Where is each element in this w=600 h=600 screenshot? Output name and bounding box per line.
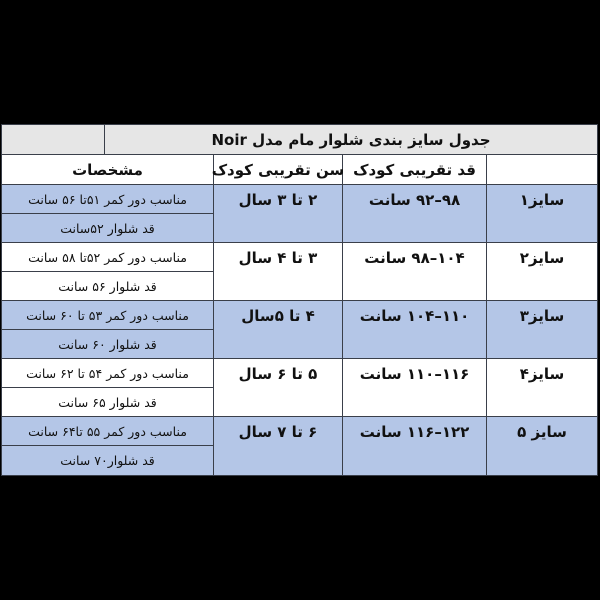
spec-waist-cell: مناسب دور کمر ۵۵ تا۶۴ سانت: [1, 417, 214, 446]
spec-length-cell: قد شلوار ۶۵ سانت: [1, 388, 214, 417]
spec-length-cell: قد شلوار ۵۶ سانت: [1, 272, 214, 301]
size-cell: سایز۳: [487, 301, 598, 359]
spec-waist-cell: مناسب دور کمر ۵۲تا ۵۸ سانت: [1, 243, 214, 272]
spec-waist-cell: مناسب دور کمر ۵۳ تا ۶۰ سانت: [1, 301, 214, 330]
spec-length-cell: قد شلوار ۶۰ سانت: [1, 330, 214, 359]
size-text: سایز۴: [520, 365, 565, 383]
size-cell: سایز ۵: [487, 417, 598, 476]
age-cell: ۵ تا ۶ سال: [214, 359, 343, 417]
spec-waist-text: مناسب دور کمر ۵۳ تا ۶۰ سانت: [26, 308, 189, 323]
height-cell: ۱۰۴–۹۸ سانت: [343, 243, 487, 301]
header-specs-label: مشخصات: [72, 161, 143, 179]
height-text: ۱۱۰–۱۰۴ سانت: [360, 307, 470, 325]
age-cell: ۳ تا ۴ سال: [214, 243, 343, 301]
spec-length-cell: قد شلوار ۵۲سانت: [1, 214, 214, 243]
spec-waist-cell: مناسب دور کمر ۵۴ تا ۶۲ سانت: [1, 359, 214, 388]
spec-length-text: قد شلوار ۶۰ سانت: [58, 337, 157, 352]
size-text: سایز۳: [520, 307, 565, 325]
height-cell: ۹۸–۹۲ سانت: [343, 185, 487, 243]
header-age-label: سن تقریبی کودک: [212, 161, 345, 179]
spec-length-text: قد شلوار ۵۲سانت: [60, 221, 155, 236]
height-cell: ۱۱۰–۱۰۴ سانت: [343, 301, 487, 359]
age-text: ۳ تا ۴ سال: [239, 249, 318, 267]
size-cell: سایز۴: [487, 359, 598, 417]
age-text: ۵ تا ۶ سال: [239, 365, 318, 383]
size-text: سایز۱: [520, 191, 565, 209]
height-cell: ۱۲۲–۱۱۶ سانت: [343, 417, 487, 476]
table-title-text: جدول سایز بندی شلوار مام مدل Noir: [212, 131, 491, 149]
age-cell: ۴ تا ۵سال: [214, 301, 343, 359]
header-height: قد تقریبی کودک: [343, 155, 487, 185]
spec-waist-cell: مناسب دور کمر ۵۱تا ۵۶ سانت: [1, 185, 214, 214]
height-cell: ۱۱۶–۱۱۰ سانت: [343, 359, 487, 417]
spec-length-cell: قد شلوار۷۰ سانت: [1, 446, 214, 476]
size-cell: سایز۲: [487, 243, 598, 301]
header-age: سن تقریبی کودک: [214, 155, 343, 185]
spec-waist-text: مناسب دور کمر ۵۴ تا ۶۲ سانت: [26, 366, 189, 381]
size-chart-table: جدول سایز بندی شلوار مام مدل Noir مشخصات…: [1, 124, 598, 476]
spec-waist-text: مناسب دور کمر ۵۲تا ۵۸ سانت: [28, 250, 187, 265]
header-size: [487, 155, 598, 185]
spec-length-text: قد شلوار ۶۵ سانت: [58, 395, 157, 410]
height-text: ۹۸–۹۲ سانت: [369, 191, 460, 209]
age-cell: ۶ تا ۷ سال: [214, 417, 343, 476]
size-cell: سایز۱: [487, 185, 598, 243]
size-text: سایز۲: [520, 249, 565, 267]
age-text: ۴ تا ۵سال: [241, 307, 314, 325]
spec-length-text: قد شلوار ۵۶ سانت: [58, 279, 157, 294]
spec-waist-text: مناسب دور کمر ۵۱تا ۵۶ سانت: [28, 192, 187, 207]
title-blank-cell: [1, 124, 105, 155]
age-cell: ۲ تا ۳ سال: [214, 185, 343, 243]
table-title: جدول سایز بندی شلوار مام مدل Noir: [105, 124, 598, 155]
size-text: سایز ۵: [517, 423, 567, 441]
spec-waist-text: مناسب دور کمر ۵۵ تا۶۴ سانت: [28, 424, 187, 439]
spec-length-text: قد شلوار۷۰ سانت: [60, 453, 155, 468]
age-text: ۲ تا ۳ سال: [239, 191, 318, 209]
age-text: ۶ تا ۷ سال: [239, 423, 318, 441]
height-text: ۱۲۲–۱۱۶ سانت: [360, 423, 470, 441]
header-height-label: قد تقریبی کودک: [353, 161, 476, 179]
height-text: ۱۰۴–۹۸ سانت: [364, 249, 464, 267]
header-specs: مشخصات: [1, 155, 214, 185]
height-text: ۱۱۶–۱۱۰ سانت: [360, 365, 470, 383]
